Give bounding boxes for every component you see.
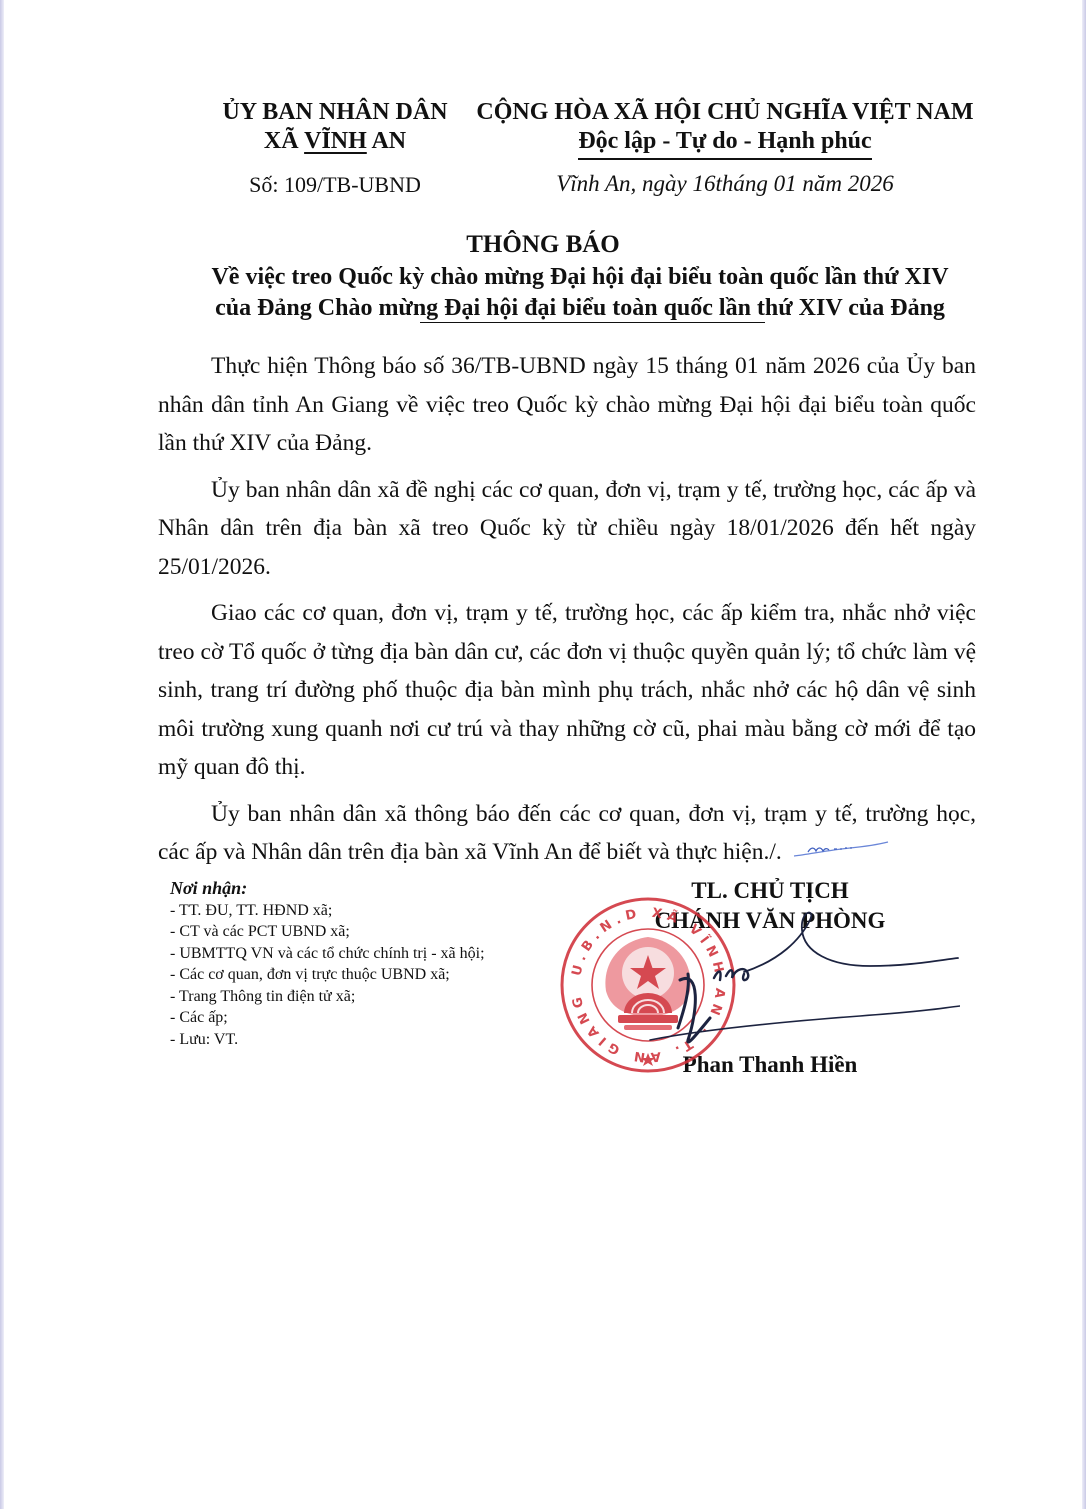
recipients-label: Nơi nhận:	[170, 878, 485, 900]
document-number: Số: 109/TB-UBND	[190, 172, 480, 198]
document-body: Thực hiện Thông báo số 36/TB-UBND ngày 1…	[158, 347, 976, 880]
recipient-item: - Lưu: VT.	[170, 1029, 485, 1051]
agency-line-2: XÃ VĨNH AN	[190, 127, 480, 156]
handwritten-signature	[640, 900, 960, 1060]
recipient-item: - UBMTTQ VN và các tổ chức chính trị - x…	[170, 943, 485, 965]
subject-underline	[420, 322, 765, 323]
recipient-item: - Trang Thông tin điện tử xã;	[170, 986, 485, 1008]
page-edge-left	[0, 0, 4, 1509]
body-paragraph: Giao các cơ quan, đơn vị, trạm y tế, trư…	[158, 594, 976, 787]
agency-line-1: ỦY BAN NHÂN DÂN	[190, 98, 480, 127]
recipient-item: - TT. ĐU, TT. HĐND xã;	[170, 900, 485, 922]
recipient-item: - CT và các PCT UBND xã;	[170, 921, 485, 943]
subject-line-1: Về việc treo Quốc kỳ chào mừng Đại hội đ…	[180, 262, 980, 293]
document-subject: Về việc treo Quốc kỳ chào mừng Đại hội đ…	[180, 262, 980, 324]
national-header: CỘNG HÒA XÃ HỘI CHỦ NGHĨA VIỆT NAM Độc l…	[470, 98, 980, 160]
recipients-list: - TT. ĐU, TT. HĐND xã; - CT và các PCT U…	[170, 900, 485, 1051]
initials-mark	[790, 838, 890, 860]
national-title: CỘNG HÒA XÃ HỘI CHỦ NGHĨA VIỆT NAM	[470, 98, 980, 127]
document-type-title: THÔNG BÁO	[0, 231, 1086, 259]
page-edge-right	[1082, 0, 1086, 1509]
body-paragraph: Thực hiện Thông báo số 36/TB-UBND ngày 1…	[158, 347, 976, 463]
national-motto: Độc lập - Tự do - Hạnh phúc	[578, 127, 871, 160]
recipients-block: Nơi nhận: - TT. ĐU, TT. HĐND xã; - CT và…	[170, 878, 485, 1050]
subject-line-2: của Đảng Chào mừng Đại hội đại biểu toàn…	[180, 293, 980, 324]
recipient-item: - Các cơ quan, đơn vị trực thuộc UBND xã…	[170, 964, 485, 986]
recipient-item: - Các ấp;	[170, 1007, 485, 1029]
place-date: Vĩnh An, ngày 16tháng 01 năm 2026	[470, 171, 980, 197]
issuing-agency: ỦY BAN NHÂN DÂN XÃ VĨNH AN	[190, 98, 480, 156]
body-paragraph: Ủy ban nhân dân xã đề nghị các cơ quan, …	[158, 471, 976, 587]
